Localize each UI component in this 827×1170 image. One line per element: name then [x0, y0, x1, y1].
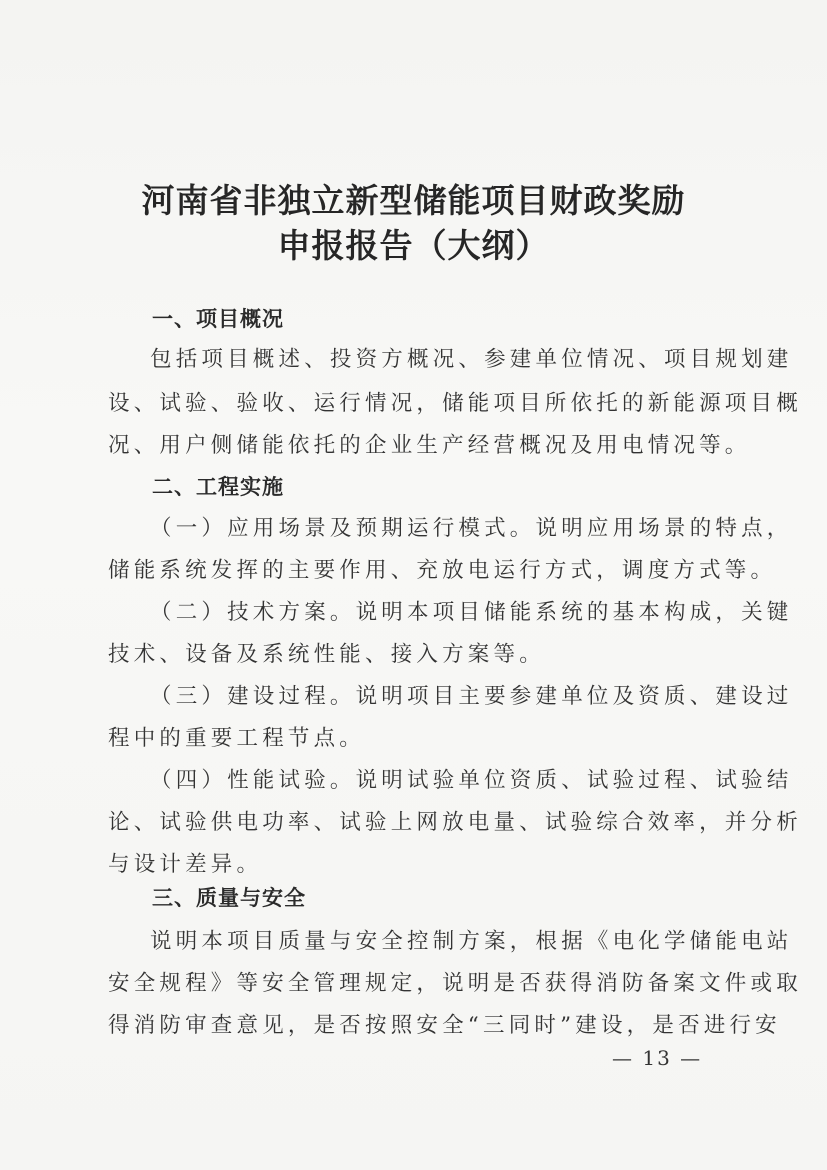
paragraph-line: （四）性能试验。说明试验单位资质、试验过程、试验结 — [150, 767, 720, 795]
paragraph-line: （三）建设过程。说明项目主要参建单位及资质、建设过 — [150, 683, 720, 711]
paragraph-line: （一）应用场景及预期运行模式。说明应用场景的特点， — [150, 515, 720, 543]
section-heading-project-overview: 一、项目概况 — [152, 305, 284, 333]
paragraph-line: （二）技术方案。说明本项目储能系统的基本构成，关键 — [150, 599, 720, 627]
paragraph-line: 设、试验、验收、运行情况，储能项目所依托的新能源项目概 — [108, 390, 720, 418]
paragraph-line: 说明本项目质量与安全控制方案，根据《电化学储能电站 — [150, 928, 720, 956]
paragraph-line: 包括项目概述、投资方概况、参建单位情况、项目规划建 — [150, 346, 720, 374]
paragraph-line: 况、用户侧储能依托的企业生产经营概况及用电情况等。 — [108, 432, 720, 460]
paragraph-line: 储能系统发挥的主要作用、充放电运行方式，调度方式等。 — [108, 557, 720, 585]
paragraph-line: 论、试验供电功率、试验上网放电量、试验综合效率，并分析 — [108, 809, 720, 837]
document-title-line-2: 申报报告（大纲） — [0, 220, 827, 267]
document-title-line-1: 河南省非独立新型储能项目财政奖励 — [0, 175, 827, 222]
paragraph-line: 技术、设备及系统性能、接入方案等。 — [108, 641, 720, 669]
section-heading-engineering: 二、工程实施 — [152, 473, 284, 501]
paragraph-line: 程中的重要工程节点。 — [108, 725, 720, 753]
document-page: 河南省非独立新型储能项目财政奖励 申报报告（大纲） 一、项目概况 包括项目概述、… — [0, 0, 827, 1170]
paragraph-line: 安全规程》等安全管理规定，说明是否获得消防备案文件或取 — [108, 970, 720, 998]
paragraph-line: 得消防审查意见，是否按照安全“三同时”建设，是否进行安 — [108, 1012, 720, 1040]
section-heading-quality-safety: 三、质量与安全 — [152, 884, 306, 912]
page-number: — 13 — — [612, 1046, 702, 1070]
paragraph-line: 与设计差异。 — [108, 851, 720, 879]
